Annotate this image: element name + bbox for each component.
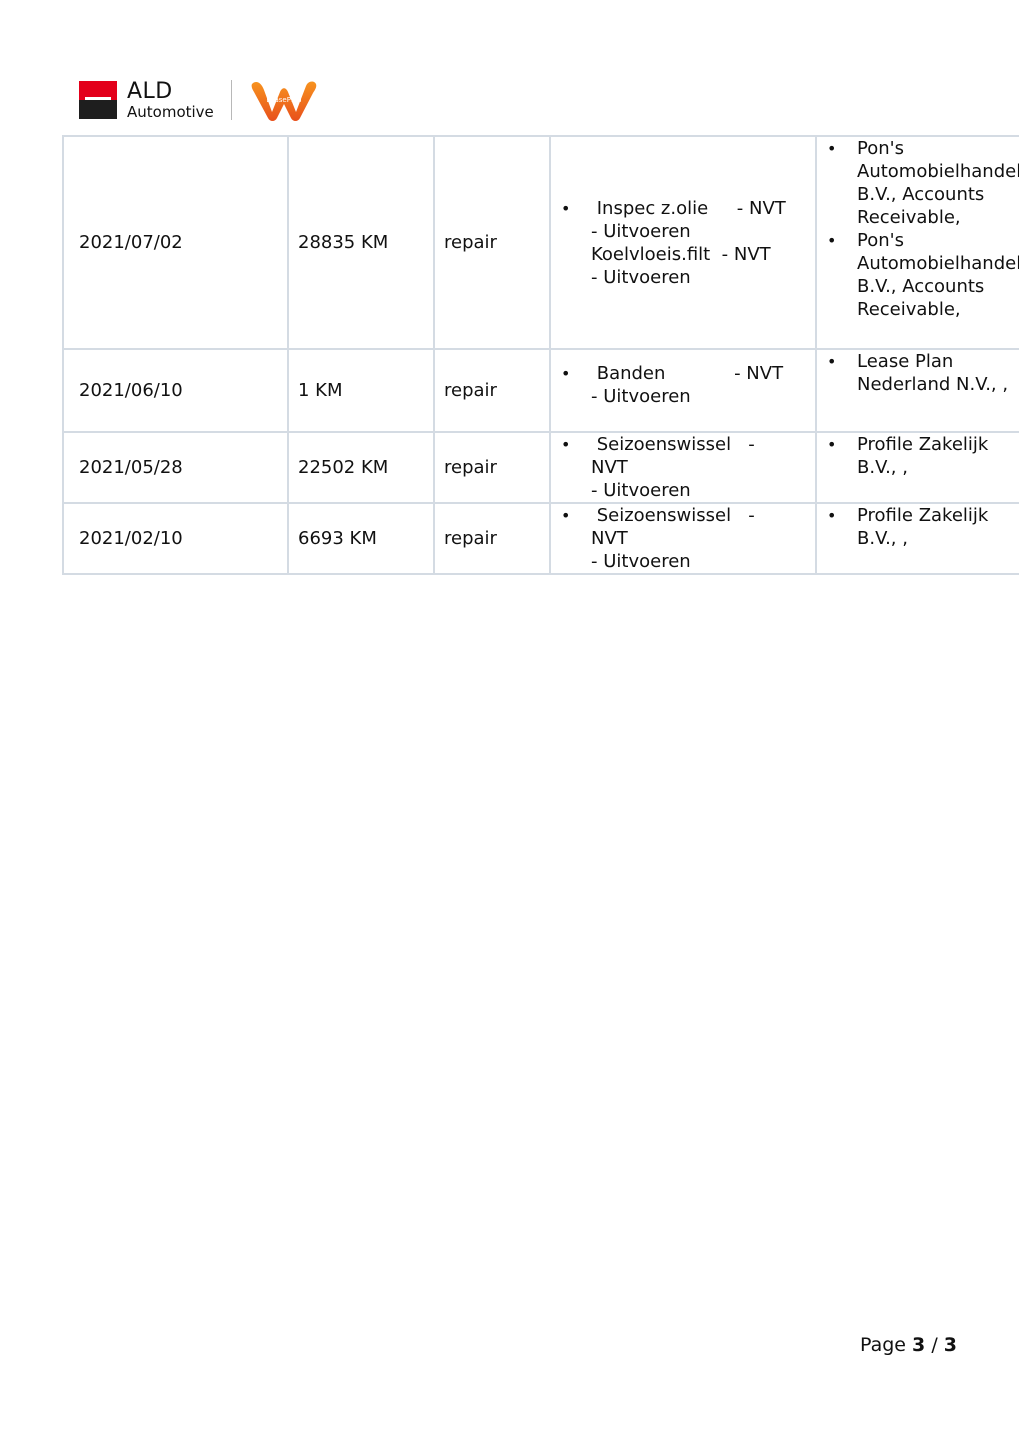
maintenance-history-table: 2021/07/02 28835 KM repair • Inspec z.ol… <box>62 135 1019 575</box>
date-cell: 2021/07/02 <box>63 136 288 349</box>
bullet-icon: • <box>561 362 591 385</box>
mileage-cell: 6693 KM <box>288 503 434 574</box>
type-cell: repair <box>434 503 550 574</box>
ald-brand-bottom: Automotive <box>127 105 214 120</box>
supplier-cell: •Pon's Automobielhandel B.V., Accounts R… <box>816 136 1019 349</box>
ald-brand-top: ALD <box>127 81 214 103</box>
bullet-icon: • <box>561 433 591 456</box>
type-cell: repair <box>434 432 550 503</box>
page-label: Page <box>860 1334 906 1356</box>
date-cell: 2021/06/10 <box>63 349 288 432</box>
svg-text:LeasePlan: LeasePlan <box>266 96 301 104</box>
logo-divider <box>231 80 232 120</box>
bullet-icon: • <box>827 350 857 373</box>
supplier-cell: •Lease Plan Nederland N.V., , <box>816 349 1019 432</box>
ald-logo-mark-icon <box>79 81 117 119</box>
mileage-cell: 22502 KM <box>288 432 434 503</box>
document-header: ALD Automotive LeasePlan <box>79 78 320 122</box>
table-row: 2021/06/10 1 KM repair • Banden - NVT - … <box>63 349 1019 432</box>
table-row: 2021/05/28 22502 KM repair • Seizoenswis… <box>63 432 1019 503</box>
type-cell: repair <box>434 136 550 349</box>
supplier-cell: •Profile Zakelijk B.V., , <box>816 503 1019 574</box>
work-cell: • Seizoenswissel - NVT - Uitvoeren <box>550 432 816 503</box>
bullet-icon: • <box>827 229 857 252</box>
total-pages: 3 <box>944 1334 957 1356</box>
bullet-icon: • <box>827 137 857 160</box>
date-cell: 2021/02/10 <box>63 503 288 574</box>
mileage-cell: 28835 KM <box>288 136 434 349</box>
mileage-cell: 1 KM <box>288 349 434 432</box>
type-cell: repair <box>434 349 550 432</box>
page-separator: / <box>931 1334 937 1356</box>
ald-logo-text: ALD Automotive <box>127 81 214 120</box>
bullet-icon: • <box>561 504 591 527</box>
supplier-cell: •Profile Zakelijk B.V., , <box>816 432 1019 503</box>
bullet-icon: • <box>561 197 591 220</box>
work-cell: • Seizoenswissel - NVT - Uitvoeren <box>550 503 816 574</box>
table-row: 2021/02/10 6693 KM repair • Seizoenswiss… <box>63 503 1019 574</box>
current-page: 3 <box>912 1334 925 1356</box>
work-cell: • Banden - NVT - Uitvoeren <box>550 349 816 432</box>
bullet-icon: • <box>827 504 857 527</box>
date-cell: 2021/05/28 <box>63 432 288 503</box>
bullet-icon: • <box>827 433 857 456</box>
work-cell: • Inspec z.olie - NVT - Uitvoeren Koelvl… <box>550 136 816 349</box>
leaseplan-logo-icon: LeasePlan <box>248 78 320 122</box>
table-row: 2021/07/02 28835 KM repair • Inspec z.ol… <box>63 136 1019 349</box>
page-number: Page 3 / 3 <box>860 1334 957 1356</box>
